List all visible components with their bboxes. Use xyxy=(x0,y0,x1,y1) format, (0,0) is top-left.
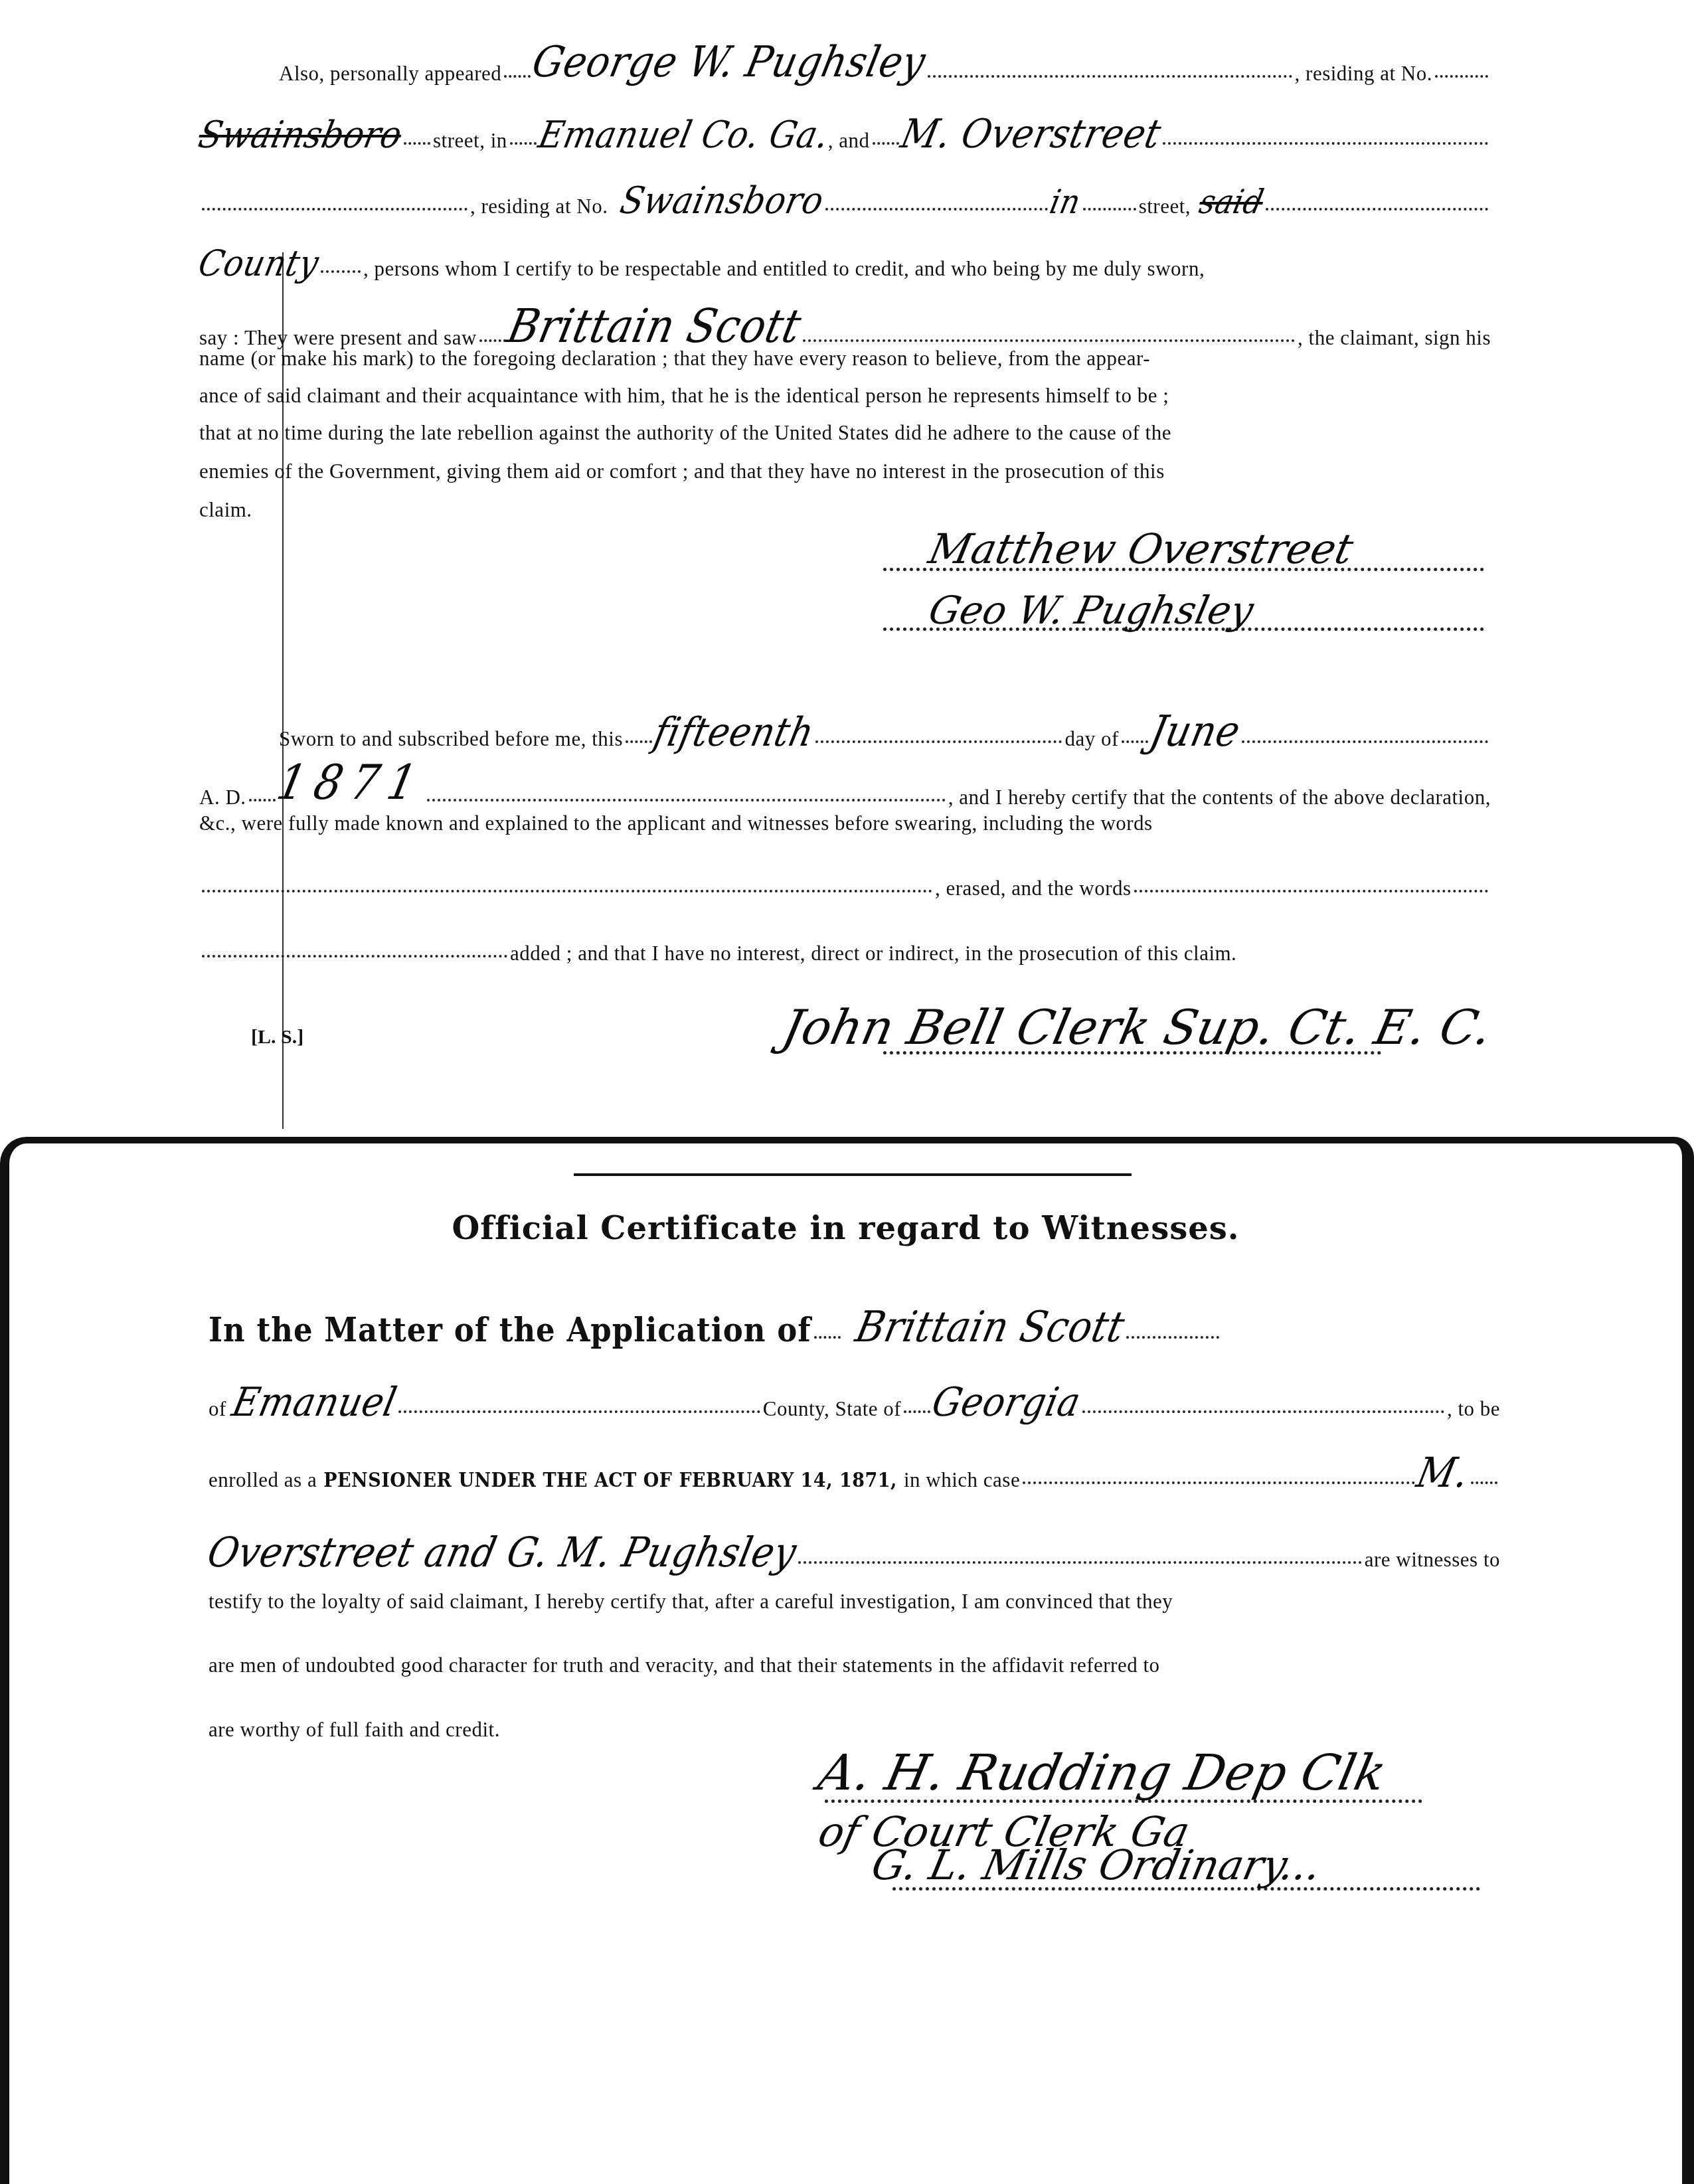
in-value-handwritten: in xyxy=(1047,185,1084,218)
witness1-signature: Matthew Overstreet xyxy=(924,525,1357,573)
witnesses-line: Overstreet and G. M. Pughsley are witnes… xyxy=(209,1532,1500,1573)
witness-initial-handwritten: M. xyxy=(1414,1452,1473,1493)
day-of-label: day of xyxy=(1064,727,1118,751)
erased-label: , erased, and the words xyxy=(935,877,1132,900)
county-state-label: County, State of xyxy=(763,1397,901,1421)
added-line: added ; and that I have no interest, dir… xyxy=(199,942,1491,966)
paragraph-line-5: claim. xyxy=(199,498,1491,522)
sworn-line: Sworn to and subscribed before me, this … xyxy=(199,711,1491,753)
place-value-handwritten: Swainsboro xyxy=(617,183,827,220)
are-witnesses-label: are witnesses to xyxy=(1365,1548,1500,1572)
certificate-paragraph-1: testify to the loyalty of said claimant,… xyxy=(209,1590,1500,1614)
state-handwritten: Georgia xyxy=(929,1383,1084,1422)
month-value-handwritten: June xyxy=(1146,711,1244,753)
claimant-name-handwritten: Brittain Scott xyxy=(503,303,805,349)
matter-label: In the Matter of the Application of xyxy=(209,1310,811,1349)
claimant-line: say : They were present and saw Brittain… xyxy=(199,305,1491,352)
paragraph-line-2: ance of said claimant and their acquaint… xyxy=(199,384,1491,408)
street-value-handwritten: Swainsboro xyxy=(195,117,405,154)
certify-text: , and I hereby certify that the contents… xyxy=(948,786,1491,809)
of-label: of xyxy=(209,1397,226,1421)
witnesses-handwritten: Overstreet and G. M. Pughsley xyxy=(204,1532,800,1573)
official-certificate-page: Official Certificate in regard to Witnes… xyxy=(0,1137,1694,2184)
county-value-handwritten: Emanuel Co. Ga. xyxy=(535,117,832,154)
ad-line: A. D. 1871 , and I hereby certify that t… xyxy=(199,764,1491,811)
certificate-heading: Official Certificate in regard to Witnes… xyxy=(9,1210,1682,1247)
enrolled-label: enrolled as a xyxy=(209,1468,317,1492)
sworn-label: Sworn to and subscribed before me, this xyxy=(279,727,623,751)
street-label: street, in xyxy=(433,129,507,153)
persons-text: , persons whom I certify to be respectab… xyxy=(363,257,1205,281)
county-state-line: of Emanuel County, State of Georgia , to… xyxy=(209,1383,1500,1422)
residing-label: , residing at No. xyxy=(1295,62,1432,86)
street-line: Swainsboro street, in Emanuel Co. Ga. , … xyxy=(199,114,1491,154)
which-case-label: in which case xyxy=(904,1468,1020,1492)
street-label-2: street, xyxy=(1139,195,1191,218)
official-signature: John Bell Clerk Sup. Ct. E. C. xyxy=(778,999,1497,1055)
witness2-name-handwritten: M. Overstreet xyxy=(897,114,1164,154)
witness-affidavit-page: Also, personally appeared George W. Pugh… xyxy=(0,0,1694,1137)
county-handwritten: Emanuel xyxy=(228,1383,400,1422)
residing-at-label: , residing at No. xyxy=(470,195,608,218)
paragraph-line-3: that at no time during the late rebellio… xyxy=(199,421,1491,445)
year-value-handwritten: 1871 xyxy=(273,758,430,806)
certificate-claimant-handwritten: Brittain Scott xyxy=(852,1306,1128,1349)
ad-label: A. D. xyxy=(199,786,246,809)
appeared-line: Also, personally appeared George W. Pugh… xyxy=(199,45,1491,88)
residing-line: , residing at No. Swainsboro in street, … xyxy=(199,183,1491,220)
persons-line: County , persons whom I certify to be re… xyxy=(199,246,1491,282)
seal-label: [L. S.] xyxy=(251,1026,303,1049)
erased-line: , erased, and the words xyxy=(199,877,1491,900)
certificate-paragraph-2: are men of undoubted good character for … xyxy=(209,1653,1500,1677)
and-label: , and xyxy=(828,129,870,153)
appeared-label: Also, personally appeared xyxy=(279,62,501,86)
paragraph-line-4: enemies of the Government, giving them a… xyxy=(199,460,1491,483)
witness1-name-handwritten: George W. Pughsley xyxy=(529,41,930,84)
decorative-rule xyxy=(574,1173,1132,1176)
paragraph-line-1: name (or make his mark) to the foregoing… xyxy=(199,347,1491,371)
to-be-label: , to be xyxy=(1447,1397,1500,1421)
day-value-handwritten: fifteenth xyxy=(651,713,817,752)
matter-line: In the Matter of the Application of Brit… xyxy=(209,1306,1500,1349)
enrolled-line: enrolled as a PENSIONER UNDER THE ACT OF… xyxy=(209,1452,1500,1493)
ordinary-signature: G. L. Mills Ordinary... xyxy=(867,1841,1325,1889)
explained-line: &c., were fully made known and explained… xyxy=(199,811,1491,835)
county-word-handwritten: County xyxy=(195,246,321,282)
said-value-handwritten: said xyxy=(1197,185,1267,218)
clerk-signature: A. H. Rudding Dep Clk xyxy=(813,1744,1391,1802)
witness2-signature: Geo W. Pughsley xyxy=(925,588,1258,633)
certificate-paragraph-3: are worthy of full faith and credit. xyxy=(209,1718,1500,1742)
added-text: added ; and that I have no interest, dir… xyxy=(510,942,1236,966)
act-title: PENSIONER UNDER THE ACT OF FEBRUARY 14, … xyxy=(323,1469,897,1492)
